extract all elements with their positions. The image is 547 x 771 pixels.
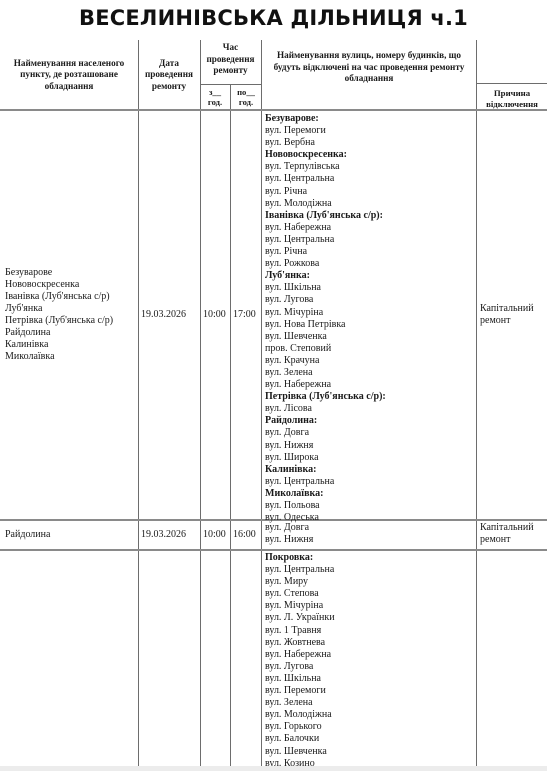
street-item: вул. Молодіжна [265,198,475,210]
street-item: вул. Лісова [265,403,475,415]
table-row-1-date: 19.03.2026 [141,112,199,518]
locality-heading: Луб'янка: [265,270,475,282]
table-row-1-settlements: БезуваровеНововоскресенкаІванівка (Луб'я… [5,112,137,518]
row-reason: Капітальний ремонт [480,522,534,545]
street-item: вул. Центральна [265,564,475,576]
table-row-1-to: 17:00 [233,112,261,518]
header-time-to: по__ год. [231,87,261,107]
settlement-name: Райдолина [5,327,113,339]
street-item: вул. Набережна [265,649,475,661]
settlement-name: Іванівка (Луб'янська с/р) [5,291,113,303]
street-item: вул. Нова Петрівка [265,319,475,331]
street-item: вул. Польова [265,500,475,512]
street-item: вул. Лугова [265,294,475,306]
table-row-2-to: 16:00 [233,521,261,549]
row-time-to: 17:00 [233,309,256,321]
row-date: 19.03.2026 [141,309,186,321]
street-item: вул. Рожкова [265,258,475,270]
street-item: вул. Л. Українки [265,612,475,624]
street-item: вул. Шкільна [265,282,475,294]
street-item: вул. Жовтнева [265,637,475,649]
settlement-name: Нововоскресенка [5,279,113,291]
locality-heading: Нововоскресенка: [265,149,475,161]
row-time-from: 10:00 [203,529,226,541]
locality-heading: Петрівка (Луб'янська с/р): [265,391,475,403]
table-row-1-streets: Безуварове:вул. Перемогивул. ВербнаНовов… [265,113,475,524]
street-item: вул. Балочки [265,733,475,745]
header-date: Дата проведення ремонту [140,44,198,106]
table-row-1-reason: Капітальний ремонт [480,112,546,518]
street-item: вул. Перемоги [265,685,475,697]
street-item: вул. Нижня [265,440,475,452]
row-date: 19.03.2026 [141,529,186,541]
street-item: пров. Степовий [265,343,475,355]
street-item: вул. Шевченка [265,331,475,343]
street-item: вул. Річна [265,186,475,198]
table-row-3-streets: Покровка:вул. Центральнавул. Мирувул. Ст… [265,552,475,770]
locality-heading: Райдолина: [265,415,475,427]
street-item: вул. Зелена [265,697,475,709]
street-item: вул. Шевченка [265,746,475,758]
header-settlement: Найменування населеного пункту, де розта… [2,44,136,106]
row-reason: Капітальний ремонт [480,303,546,327]
row-time-to: 16:00 [233,529,256,541]
locality-heading: Калинівка: [265,464,475,476]
settlement-name: Калинівка [5,339,113,351]
street-item: вул. Лугова [265,661,475,673]
street-item: вул. Крачуна [265,355,475,367]
table-row-2-from: 10:00 [203,521,230,549]
street-item: вул. 1 Травня [265,625,475,637]
header-settlement-label: Найменування населеного пункту, де розта… [2,58,136,93]
street-item: вул. Річна [265,246,475,258]
locality-heading: Іванівка (Луб'янська с/р): [265,210,475,222]
settlement-name: Райдолина [5,529,50,541]
settlement-name: Безуварове [5,267,113,279]
street-item: вул. Зелена [265,367,475,379]
settlement-name: Луб'янка [5,303,113,315]
street-item: вул. Довга [265,522,475,534]
street-item: вул. Центральна [265,476,475,488]
street-item: вул. Центральна [265,234,475,246]
street-item: вул. Набережна [265,379,475,391]
street-item: вул. Шкільна [265,673,475,685]
street-item: вул. Довга [265,427,475,439]
street-item: вул. Терпулівська [265,161,475,173]
table-row-1-from: 10:00 [203,112,230,518]
street-item: вул. Нижня [265,534,475,546]
header-reason: Причина відключення [477,88,547,108]
street-item: вул. Молодіжна [265,709,475,721]
street-item: вул. Широка [265,452,475,464]
header-time-from: з__ год. [201,87,229,107]
street-item: вул. Набережна [265,222,475,234]
street-item: вул. Мічуріна [265,600,475,612]
row-time-from: 10:00 [203,309,226,321]
street-item: вул. Мічуріна [265,307,475,319]
settlement-name: Петрівка (Луб'янська с/р) [5,315,113,327]
table-row-2-reason: Капітальний ремонт [480,522,546,546]
page-bottom-edge [0,766,547,771]
locality-heading: Миколаївка: [265,488,475,500]
table-row-2-date: 19.03.2026 [141,521,199,549]
street-item: вул. Горького [265,721,475,733]
street-item: вул. Центральна [265,173,475,185]
street-item: вул. Степова [265,588,475,600]
street-item: вул. Миру [265,576,475,588]
table-row-2-settlements: Райдолина [5,521,137,549]
table-row-2-streets: вул. Довгавул. Нижня [265,522,475,546]
header-streets: Найменування вулиць, номеру будинків, що… [264,50,474,100]
header-time-group: Час проведення ремонту [202,42,259,82]
locality-heading: Покровка: [265,552,475,564]
street-item: вул. Перемоги [265,125,475,137]
locality-heading: Безуварове: [265,113,475,125]
settlement-name: Миколаївка [5,351,113,363]
street-item: вул. Вербна [265,137,475,149]
page-title: ВЕСЕЛИНІВСЬКА ДІЛЬНИЦЯ ч.1 [0,6,547,30]
header-date-label: Дата проведення ремонту [140,58,198,93]
